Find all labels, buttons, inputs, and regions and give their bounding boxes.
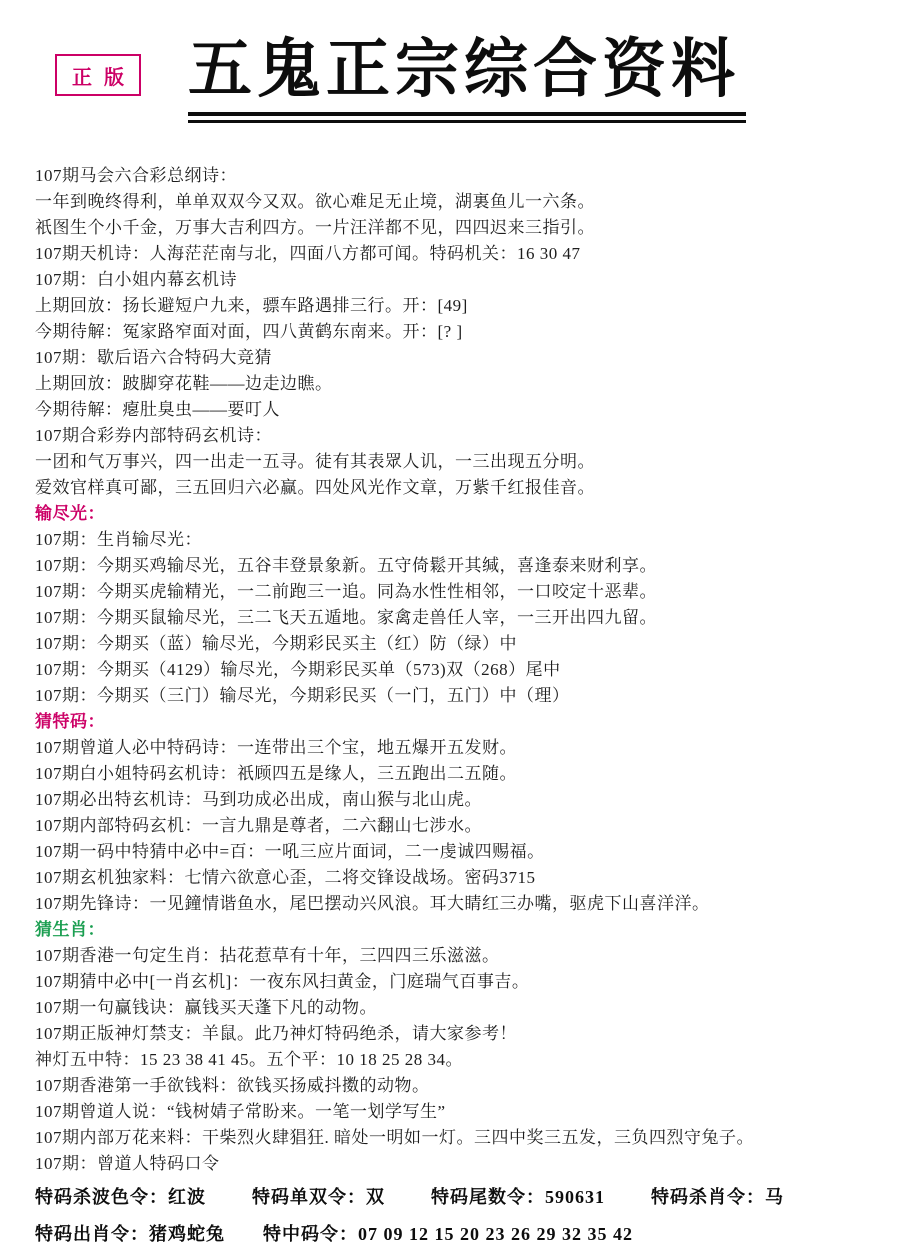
text-line: 107期合彩券内部特码玄机诗：: [35, 423, 888, 449]
text-line: 107期香港第一手欲钱料：欲钱买扬威抖擞的动物。: [35, 1073, 888, 1099]
text-line: 上期回放：扬长避短户九来，骠车路遇排三行。开：[49]: [35, 293, 888, 319]
section-heading-caitema: 猜特码：: [35, 709, 888, 735]
text-line: 107期猜中必中[一肖玄机]：一夜东风扫黄金，门庭瑞气百事吉。: [35, 969, 888, 995]
text-line: 107期玄机独家料：七情六欲意心歪，二将交锋设战场。密码3715: [35, 865, 888, 891]
text-line: 神灯五中特：15 23 38 41 45。五个平：10 18 25 28 34。: [35, 1047, 888, 1073]
title-underline: [188, 112, 746, 123]
text-line: 107期：生肖输尽光：: [35, 527, 888, 553]
genuine-badge: 正版: [55, 54, 141, 96]
text-line: 107期：今期买（4129）输尽光，今期彩民买单（573)双（268）尾中: [35, 657, 888, 683]
text-line: 107期马会六合彩总纲诗：: [35, 163, 888, 189]
section-heading-shujinguang: 输尽光：: [35, 501, 888, 527]
odd-even-command: 特码单双令：双: [252, 1183, 385, 1209]
text-line: 107期：今期买（三门）输尽光，今期彩民买（一门，五门）中（理）: [35, 683, 888, 709]
text-line: 107期：今期买鸡输尽光，五谷丰登景象新。五守倚鬆开其缄，喜逢泰来财利享。: [35, 553, 888, 579]
kill-zodiac-command: 特码杀肖令：马: [651, 1183, 784, 1209]
text-line: 今期待解：冤家路窄面对面，四八黄鹤东南来。开：[? ]: [35, 319, 888, 345]
text-line: 107期：今期买虎输精光，一二前跑三一追。同為水性性相邻，一口咬定十恶辈。: [35, 579, 888, 605]
text-line: 祇图生个小千金，万事大吉利四方。一片汪洋都不见，四四迟来三指引。: [35, 215, 888, 241]
text-line: 107期白小姐特码玄机诗：祇顾四五是缘人，三五跑出二五随。: [35, 761, 888, 787]
text-line: 107期曾道人说：“钱树婧子常盼来。一笔一划学写生”: [35, 1099, 888, 1125]
special-number-command: 特中码令：07 09 12 15 20 23 26 29 32 35 42: [263, 1220, 633, 1246]
text-line: 107期内部万花来料：干柴烈火肆猖狂. 暗处一明如一灯。三四中奖三五发，三负四烈…: [35, 1125, 888, 1151]
text-line: 107期：曾道人特码口令: [35, 1151, 888, 1177]
page-header: 正版 五鬼正宗综合资料: [0, 0, 900, 160]
text-line: 107期正版神灯禁支：羊鼠。此乃神灯特码绝杀，请大家参考！: [35, 1021, 888, 1047]
underline-bar-bottom: [188, 120, 746, 123]
tip-sheet-body: 107期马会六合彩总纲诗： 一年到晚终得利，单单双双今又双。欲心难足无止境，湖裏…: [35, 163, 888, 1246]
tail-number-command: 特码尾数令：590631: [431, 1183, 605, 1209]
text-line: 107期先锋诗：一见鐘情谐鱼水，尾巴摆动兴风浪。耳大睛红三办嘴，驱虎下山喜洋洋。: [35, 891, 888, 917]
underline-bar-top: [188, 112, 746, 116]
text-line: 107期必出特玄机诗：马到功成必出成，南山猴与北山虎。: [35, 787, 888, 813]
command-row-2: 特码出肖令：猪鸡蛇兔 特中码令：07 09 12 15 20 23 26 29 …: [35, 1220, 888, 1246]
text-line: 一团和气万事兴，四一出走一五寻。徒有其表眾人讥，一三出现五分明。: [35, 449, 888, 475]
page-title: 五鬼正宗综合资料: [188, 34, 740, 106]
text-line: 107期：今期买鼠输尽光，三二飞天五遁地。家禽走兽任人宰，一三开出四九留。: [35, 605, 888, 631]
command-row-1: 特码杀波色令：红波 特码单双令：双 特码尾数令：590631 特码杀肖令：马: [35, 1183, 888, 1209]
text-line: 一年到晚终得利，单单双双今又双。欲心难足无止境，湖裏鱼儿一六条。: [35, 189, 888, 215]
out-zodiac-command: 特码出肖令：猪鸡蛇兔: [35, 1220, 225, 1246]
text-line: 107期一句赢钱诀：赢钱买天蓬下凡的动物。: [35, 995, 888, 1021]
text-line: 107期：歇后语六合特码大竞猜: [35, 345, 888, 371]
text-line: 爱效官样真可鄙，三五回归六必赢。四处风光作文章，万紫千红报佳音。: [35, 475, 888, 501]
kill-wave-color-command: 特码杀波色令：红波: [35, 1183, 206, 1209]
text-line: 107期曾道人必中特码诗：一连带出三个宝，地五爆开五发财。: [35, 735, 888, 761]
text-line: 107期一码中特猜中必中=百：一吼三应片面词，二一虔诚四赐福。: [35, 839, 888, 865]
text-line: 107期香港一句定生肖：拈花惹草有十年，三四四三乐滋滋。: [35, 943, 888, 969]
text-line: 107期：今期买（蓝）输尽光，今期彩民买主（红）防（绿）中: [35, 631, 888, 657]
text-line: 107期天机诗：人海茫茫南与北，四面八方都可闻。特码机关：16 30 47: [35, 241, 888, 267]
text-line: 今期待解：瘪肚臭虫——要叮人: [35, 397, 888, 423]
text-line: 上期回放：跛脚穿花鞋——边走边瞧。: [35, 371, 888, 397]
section-heading-caishengxiao: 猜生肖：: [35, 917, 888, 943]
text-line: 107期内部特码玄机：一言九鼎是尊者，二六翻山七涉水。: [35, 813, 888, 839]
text-line: 107期：白小姐内幕玄机诗: [35, 267, 888, 293]
